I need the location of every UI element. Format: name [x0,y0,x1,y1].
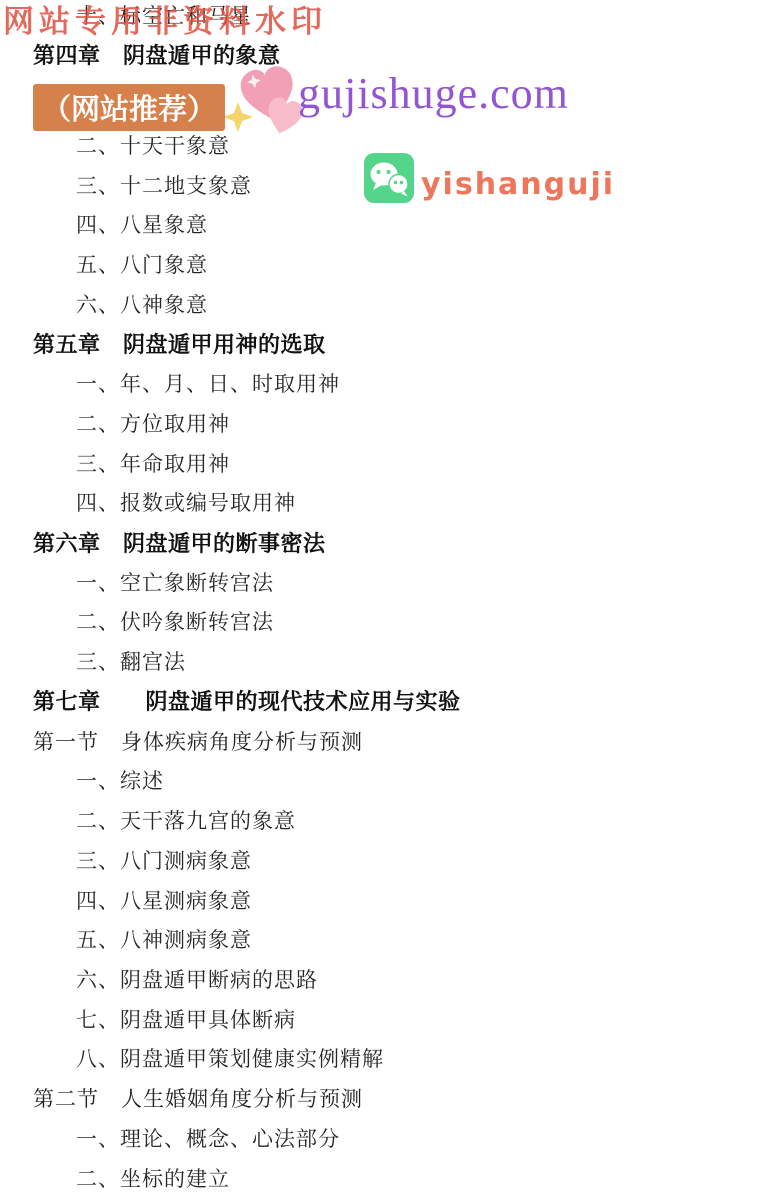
toc-line: 第五章 阴盘遁甲用神的选取 [0,324,775,364]
site-recommend-badge: （网站推荐） [33,84,225,131]
toc-line: 四、报数或编号取用神 [0,482,775,522]
toc-line: 七、阴盘遁甲具体断病 [0,999,775,1039]
toc-line: 二、伏吟象断转宫法 [0,602,775,642]
toc-line: 三、八门测病象意 [0,840,775,880]
toc-line: 五、八门象意 [0,244,775,284]
toc-line: 第六章 阴盘遁甲的断事密法 [0,522,775,562]
toc-line: 六、八神象意 [0,284,775,324]
toc-line: 第二节 人生婚姻角度分析与预测 [0,1078,775,1118]
watermark-yishanguji-label: yishanguji [421,162,615,208]
toc-line: 四、八星象意 [0,204,775,244]
toc-line: 四、八星测病象意 [0,880,775,920]
badge-label: （网站推荐） [42,87,216,128]
toc-line: 二、坐标的建立 [0,1158,775,1196]
toc-line: 八、阴盘遁甲策划健康实例精解 [0,1039,775,1079]
watermark-red-stamp: 网站专用非资料水印 [3,0,327,41]
toc-line: 五、八神测病象意 [0,919,775,959]
toc-line: 第七章 阴盘遁甲的现代技术应用与实验 [0,681,775,721]
toc-line: 一、空亡象断转宫法 [0,562,775,602]
watermark-gujishuge-url: gujishuge.com [298,68,569,120]
document-page: 十、标空亡和马星第四章 阴盘遁甲的象意二、十天干象意三、十二地支象意四、八星象意… [0,0,775,1196]
toc-line: 六、阴盘遁甲断病的思路 [0,959,775,999]
sparkle-icon [223,102,253,132]
toc-line: 三、翻宫法 [0,641,775,681]
toc-line: 第一节 身体疾病角度分析与预测 [0,721,775,761]
two-hearts-sparkle-icon [222,56,310,147]
toc-line: 三、年命取用神 [0,443,775,483]
toc-line: 二、天干落九宫的象意 [0,800,775,840]
toc-line: 一、年、月、日、时取用神 [0,363,775,403]
toc-line: 二、方位取用神 [0,403,775,443]
wechat-icon [364,153,414,208]
toc-line: 一、理论、概念、心法部分 [0,1118,775,1158]
toc-line: 一、综述 [0,761,775,801]
